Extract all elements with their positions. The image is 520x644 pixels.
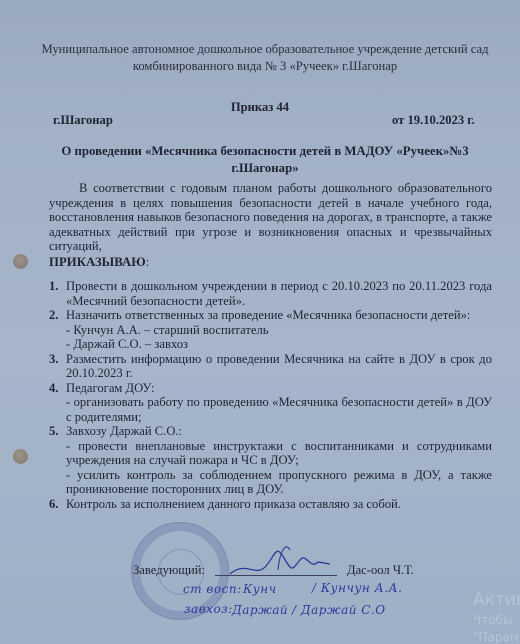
item-main-text: Педагогам ДОУ: [66, 381, 492, 396]
handwritten-name-2: / Даржай С.О [292, 603, 386, 617]
item-main-text: Провести в дошкольном учреждении в перио… [66, 279, 492, 308]
item-number: 4. [49, 381, 66, 425]
item-text: Завхозу Даржай С.О.: - провести внеплано… [66, 424, 492, 497]
item-main-text: Контроль за исполнением данного приказа … [66, 497, 401, 511]
item-text: Назначить ответственных за проведение «М… [66, 308, 492, 352]
order-item: 2. Назначить ответственных за проведение… [49, 308, 492, 352]
order-item: 5. Завхозу Даржай С.О.: - провести внепл… [49, 424, 492, 497]
order-place: г.Шагонар [53, 113, 113, 128]
os-activation-watermark-title: Актив [473, 590, 520, 610]
handwritten-role-2: завхоз: [184, 602, 233, 616]
item-text: Разместить информацию о проведении Месяч… [66, 352, 492, 381]
handwritten-signature-2: Даржай [232, 603, 288, 617]
item-subpoint: - Кунчун А.А. – старший воспитатель [66, 323, 492, 338]
item-text: Провести в дошкольном учреждении в перио… [66, 279, 492, 308]
item-subpoint: - провести внеплановые инструктажи с вос… [66, 439, 492, 468]
document-page: Муниципальное автономное дошкольное обра… [0, 0, 520, 644]
item-number: 5. [49, 424, 66, 497]
organization-header: Муниципальное автономное дошкольное обра… [40, 41, 490, 75]
item-subpoint: - усилить контроль за соблюдением пропус… [66, 468, 492, 497]
signature-scribble-icon [226, 540, 336, 580]
item-number: 1. [49, 279, 66, 308]
os-activation-watermark-line: "Парам [473, 630, 519, 644]
order-subject: О проведении «Месячника безопасности дет… [60, 143, 470, 177]
order-directive: ПРИКАЗЫВАЮ: [49, 255, 149, 270]
punch-hole-icon [13, 254, 28, 269]
item-text: Контроль за исполнением данного приказа … [66, 497, 492, 512]
directive-word: ПРИКАЗЫВАЮ [49, 255, 146, 269]
preamble-paragraph: В соответствии с годовым планом работы д… [49, 181, 492, 254]
handwritten-role-1: ст восп: [183, 582, 242, 596]
directive-colon: : [146, 255, 150, 269]
order-items-list: 1. Провести в дошкольном учреждении в пе… [49, 279, 492, 511]
item-main-text: Разместить информацию о проведении Месяч… [66, 352, 492, 381]
order-item: 4. Педагогам ДОУ: - организовать работу … [49, 381, 492, 425]
signature-role: Заведующий: [133, 563, 205, 578]
item-subpoint: - Даржай С.О. – завхоз [66, 337, 492, 352]
signature-name: Дас-оол Ч.Т. [347, 563, 414, 578]
item-subpoint: - организовать работу по проведению «Мес… [66, 395, 492, 424]
order-item: 1. Провести в дошкольном учреждении в пе… [49, 279, 492, 308]
order-date: от 19.10.2023 г. [392, 113, 475, 128]
item-number: 2. [49, 308, 66, 352]
item-number: 3. [49, 352, 66, 381]
handwritten-signature-1: Кунч [243, 582, 277, 596]
punch-hole-icon [13, 449, 28, 464]
handwritten-name-1: / Кунчун А.А. [312, 581, 402, 595]
order-item: 6. Контроль за исполнением данного прика… [49, 497, 492, 512]
item-main-text: Назначить ответственных за проведение «М… [66, 308, 492, 323]
item-text: Педагогам ДОУ: - организовать работу по … [66, 381, 492, 425]
os-activation-watermark-line: Чтобы [473, 613, 512, 627]
item-main-text: Завхозу Даржай С.О.: [66, 424, 492, 439]
order-item: 3. Разместить информацию о проведении Ме… [49, 352, 492, 381]
item-number: 6. [49, 497, 66, 512]
